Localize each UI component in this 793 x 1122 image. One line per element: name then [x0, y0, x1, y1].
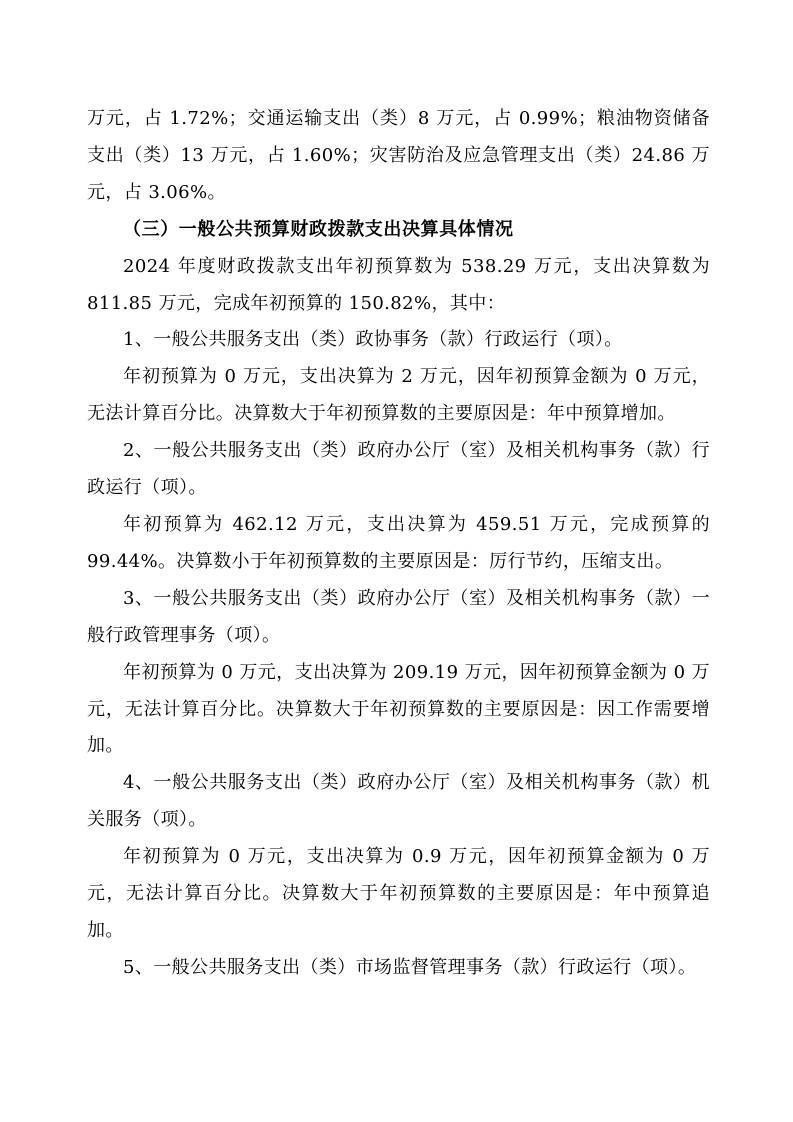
section-heading: （三）一般公共预算财政拨款支出决算具体情况 — [87, 212, 710, 249]
paragraph-item2-title: 2、一般公共服务支出（类）政府办公厅（室）及相关机构事务（款）行政运行（项）。 — [87, 433, 710, 507]
paragraph-item1-title: 1、一般公共服务支出（类）政协事务（款）行政运行（项）。 — [87, 322, 710, 359]
document-page: 万元，占 1.72%；交通运输支出（类）8 万元，占 0.99%；粮油物资储备支… — [0, 0, 793, 1122]
paragraph-continuation: 万元，占 1.72%；交通运输支出（类）8 万元，占 0.99%；粮油物资储备支… — [87, 101, 710, 212]
paragraph-item1-detail: 年初预算为 0 万元，支出决算为 2 万元，因年初预算金额为 0 万元，无法计算… — [87, 359, 710, 433]
paragraph-item3-title: 3、一般公共服务支出（类）政府办公厅（室）及相关机构事务（款）一般行政管理事务（… — [87, 581, 710, 655]
page-content: 万元，占 1.72%；交通运输支出（类）8 万元，占 0.99%；粮油物资储备支… — [87, 101, 710, 987]
paragraph-item5-title: 5、一般公共服务支出（类）市场监督管理事务（款）行政运行（项）。 — [87, 950, 710, 987]
paragraph-item4-title: 4、一般公共服务支出（类）政府办公厅（室）及相关机构事务（款）机关服务（项）。 — [87, 765, 710, 839]
paragraph-item4-detail: 年初预算为 0 万元，支出决算为 0.9 万元，因年初预算金额为 0 万元，无法… — [87, 839, 710, 950]
paragraph-overview: 2024 年度财政拨款支出年初预算数为 538.29 万元，支出决算数为 811… — [87, 249, 710, 323]
paragraph-item2-detail: 年初预算为 462.12 万元，支出决算为 459.51 万元，完成预算的 99… — [87, 507, 710, 581]
paragraph-item3-detail: 年初预算为 0 万元，支出决算为 209.19 万元，因年初预算金额为 0 万元… — [87, 655, 710, 766]
